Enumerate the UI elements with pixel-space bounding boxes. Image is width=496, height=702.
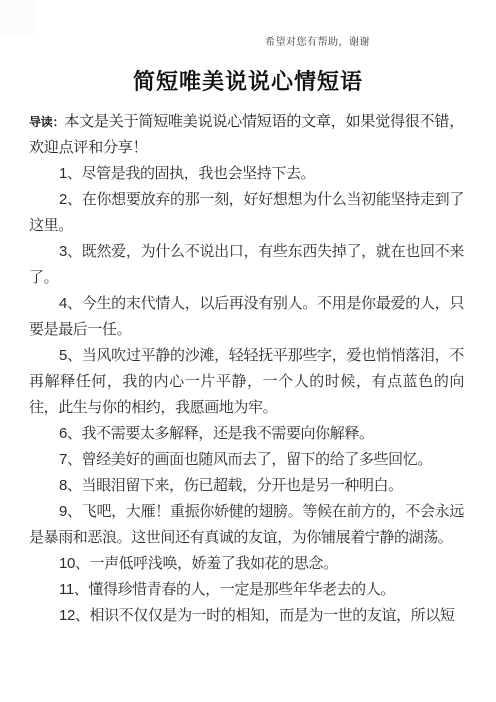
intro-text: 本文是关于简短唯美说说心情短语的文章，如果觉得很不错，欢迎点评和分享！ — [29, 114, 464, 156]
list-item: 8、当眼泪留下来，伤已超载，分开也是另一种明白。 — [29, 473, 464, 499]
list-item: 11、懂得珍惜青春的人，一定是那些年华老去的人。 — [29, 577, 464, 603]
list-item: 3、既然爱，为什么不说出口，有些东西失掉了，就在也回不来了。 — [29, 239, 464, 291]
scan-corner-artifact — [0, 0, 36, 36]
list-item: 4、今生的末代情人，以后再没有别人。不用是你最爱的人，只要是最后一任。 — [29, 291, 464, 343]
intro-paragraph: 导读：本文是关于简短唯美说说心情短语的文章，如果觉得很不错，欢迎点评和分享！ — [29, 109, 464, 161]
list-item: 10、一声低呼浅唤，娇羞了我如花的思念。 — [29, 551, 464, 577]
document-body: 导读：本文是关于简短唯美说说心情短语的文章，如果觉得很不错，欢迎点评和分享！ 1… — [0, 109, 496, 629]
intro-label: 导读： — [29, 115, 64, 129]
list-item: 9、飞吧，大雁！重振你娇健的翅膀。等候在前方的，不会永远是暴雨和恶浪。这世间还有… — [29, 499, 464, 551]
sayings-list: 1、尽管是我的固执，我也会坚持下去。 2、在你想要放弃的那一刻，好好想想为什么当… — [29, 161, 464, 629]
list-item: 6、我不需要太多解释，还是我不需要向你解释。 — [29, 421, 464, 447]
list-item: 7、曾经美好的画面也随风而去了，留下的给了多些回忆。 — [29, 447, 464, 473]
page-header: 希望对您有帮助，谢谢 — [0, 0, 496, 48]
header-note: 希望对您有帮助，谢谢 — [265, 33, 370, 48]
list-item: 12、相识不仅仅是为一时的相知，而是为一世的友谊，所以短 — [29, 603, 464, 629]
page-title: 简短唯美说说心情短语 — [0, 65, 496, 96]
list-item: 5、当风吹过平静的沙滩，轻轻抚平那些字，爱也悄悄落泪，不再解释任何，我的内心一片… — [29, 343, 464, 421]
list-item: 1、尽管是我的固执，我也会坚持下去。 — [29, 161, 464, 187]
list-item: 2、在你想要放弃的那一刻，好好想想为什么当初能坚持走到了这里。 — [29, 187, 464, 239]
